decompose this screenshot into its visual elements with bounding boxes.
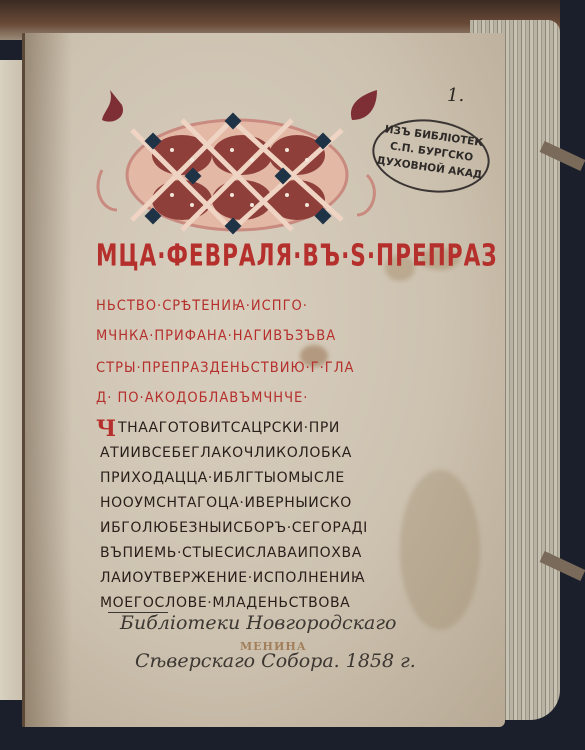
text-line: НООУМСНТАГОЦА·ИВЕРНЫИСКО [100,495,352,511]
red-initial-letter: Ч [96,416,116,442]
text-line: АТИИВСЕБЕГЛАКОЧЛИКОЛОБКА [100,445,352,461]
text-line: ПРИХОДАЦЦА·ИБЛГТЫОМЫСЛЕ [100,470,345,486]
text-line: ИБГОЛЮБЕЗНЫИСБОРЪ·СЕГОРАДI [100,520,368,536]
text-line: ЛАИОУТВЕРЖЕНИЕ·ИСПОЛНЕНИꙖ [100,570,365,586]
rubric-heading-line-5: Д· ПО·АКОДОБЛАВЪМЧНЧЕ· [96,390,308,406]
text-line: ВЪПИЕМЬ·СТЫЕСИСЛАВАИПОХВА [100,545,362,561]
text-line: МОЕГОСЛОВЕ·МЛАДЕНЬСТВОВА [100,595,350,611]
rubric-heading-line-4: СТРЫ·ПРЕПРАЗДЕНЬСТВИЮ·Г·ГЛА [96,360,354,376]
interlace-headpiece-ornament [92,80,382,250]
rubric-heading-line-1: МЦА·ФЕВРАЛЯ·ВЪ·Ѕ·ПРЕПРАЗ [96,238,498,273]
rubric-heading-line-2: НЬСТВО·СРѢТЕНИꙖ·ИСПГО· [96,298,308,314]
folio-number: 1. [447,85,464,106]
finial-left-icon [98,90,123,210]
text-line: ТНААГОТОВИТСАЦРСКИ·ПРИ [118,420,340,436]
handwritten-note-line-1: Библiотеки Новгородскаго [120,612,396,634]
handwritten-note-line-2: Сѣверскаго Собора. 1858 г. [135,650,416,672]
finial-right-icon [351,90,377,215]
rubric-heading-line-3: МЧНКА·ПРИФАНА·НАГИВЪЗЪВА [96,328,336,344]
gutter-shadow [22,33,72,727]
stain [400,470,480,630]
